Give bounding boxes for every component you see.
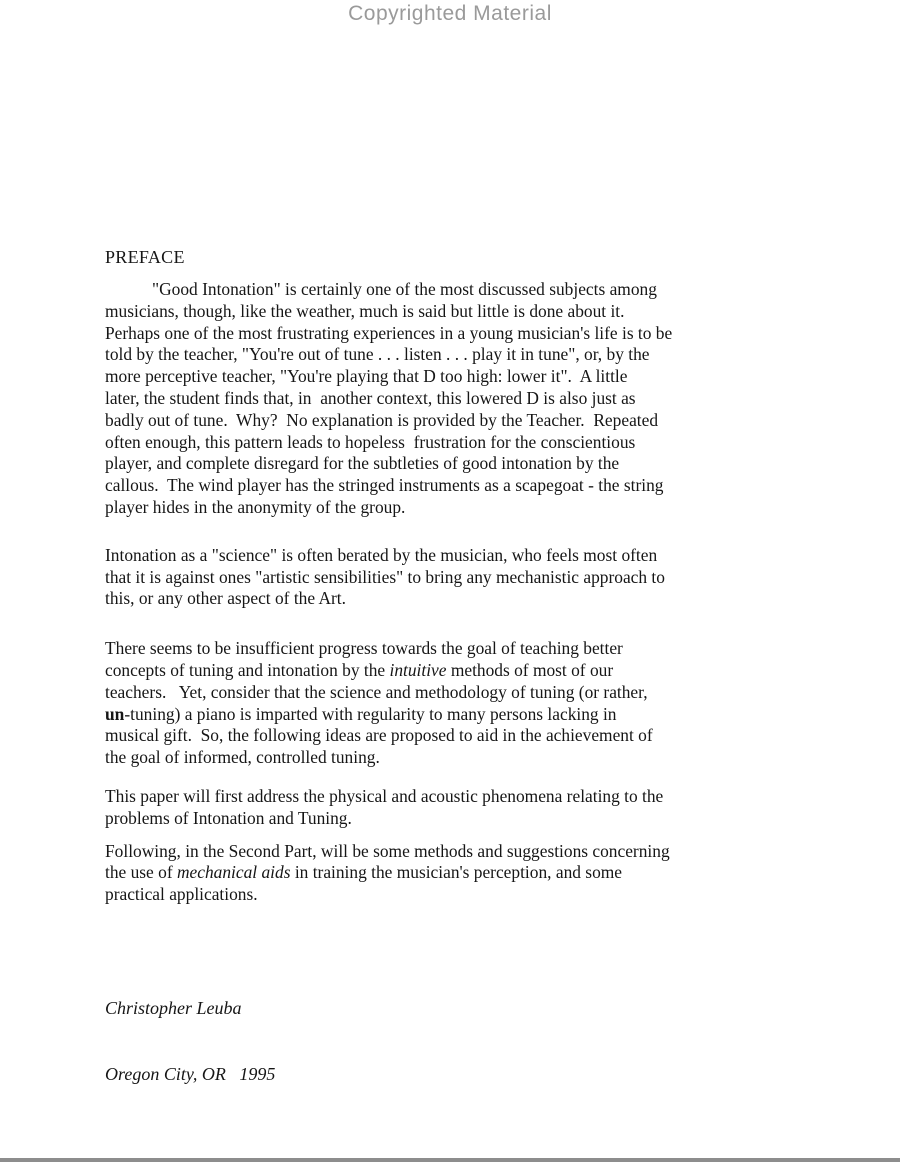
- preface-text-block: PREFACE "Good Intonation" is certainly o…: [105, 246, 805, 1129]
- scanned-book-page: Copyrighted Material PREFACE "Good Inton…: [0, 0, 900, 1164]
- preface-paragraph-2: Intonation as a "science" is often berat…: [105, 545, 805, 610]
- preface-paragraph-1: "Good Intonation" is certainly one of th…: [105, 279, 805, 519]
- preface-paragraph-3: There seems to be insufficient progress …: [105, 638, 805, 769]
- signature-name: Christopher Leuba: [105, 997, 805, 1019]
- signature-block: Christopher Leuba Oregon City, OR 1995: [105, 953, 805, 1129]
- preface-paragraph-5: Following, in the Second Part, will be s…: [105, 841, 805, 906]
- copyright-watermark: Copyrighted Material: [0, 2, 900, 26]
- preface-heading: PREFACE: [105, 246, 805, 268]
- signature-place-year: Oregon City, OR 1995: [105, 1063, 805, 1085]
- page-bottom-edge-bar: [0, 1158, 900, 1162]
- preface-paragraph-4: This paper will first address the physic…: [105, 786, 805, 830]
